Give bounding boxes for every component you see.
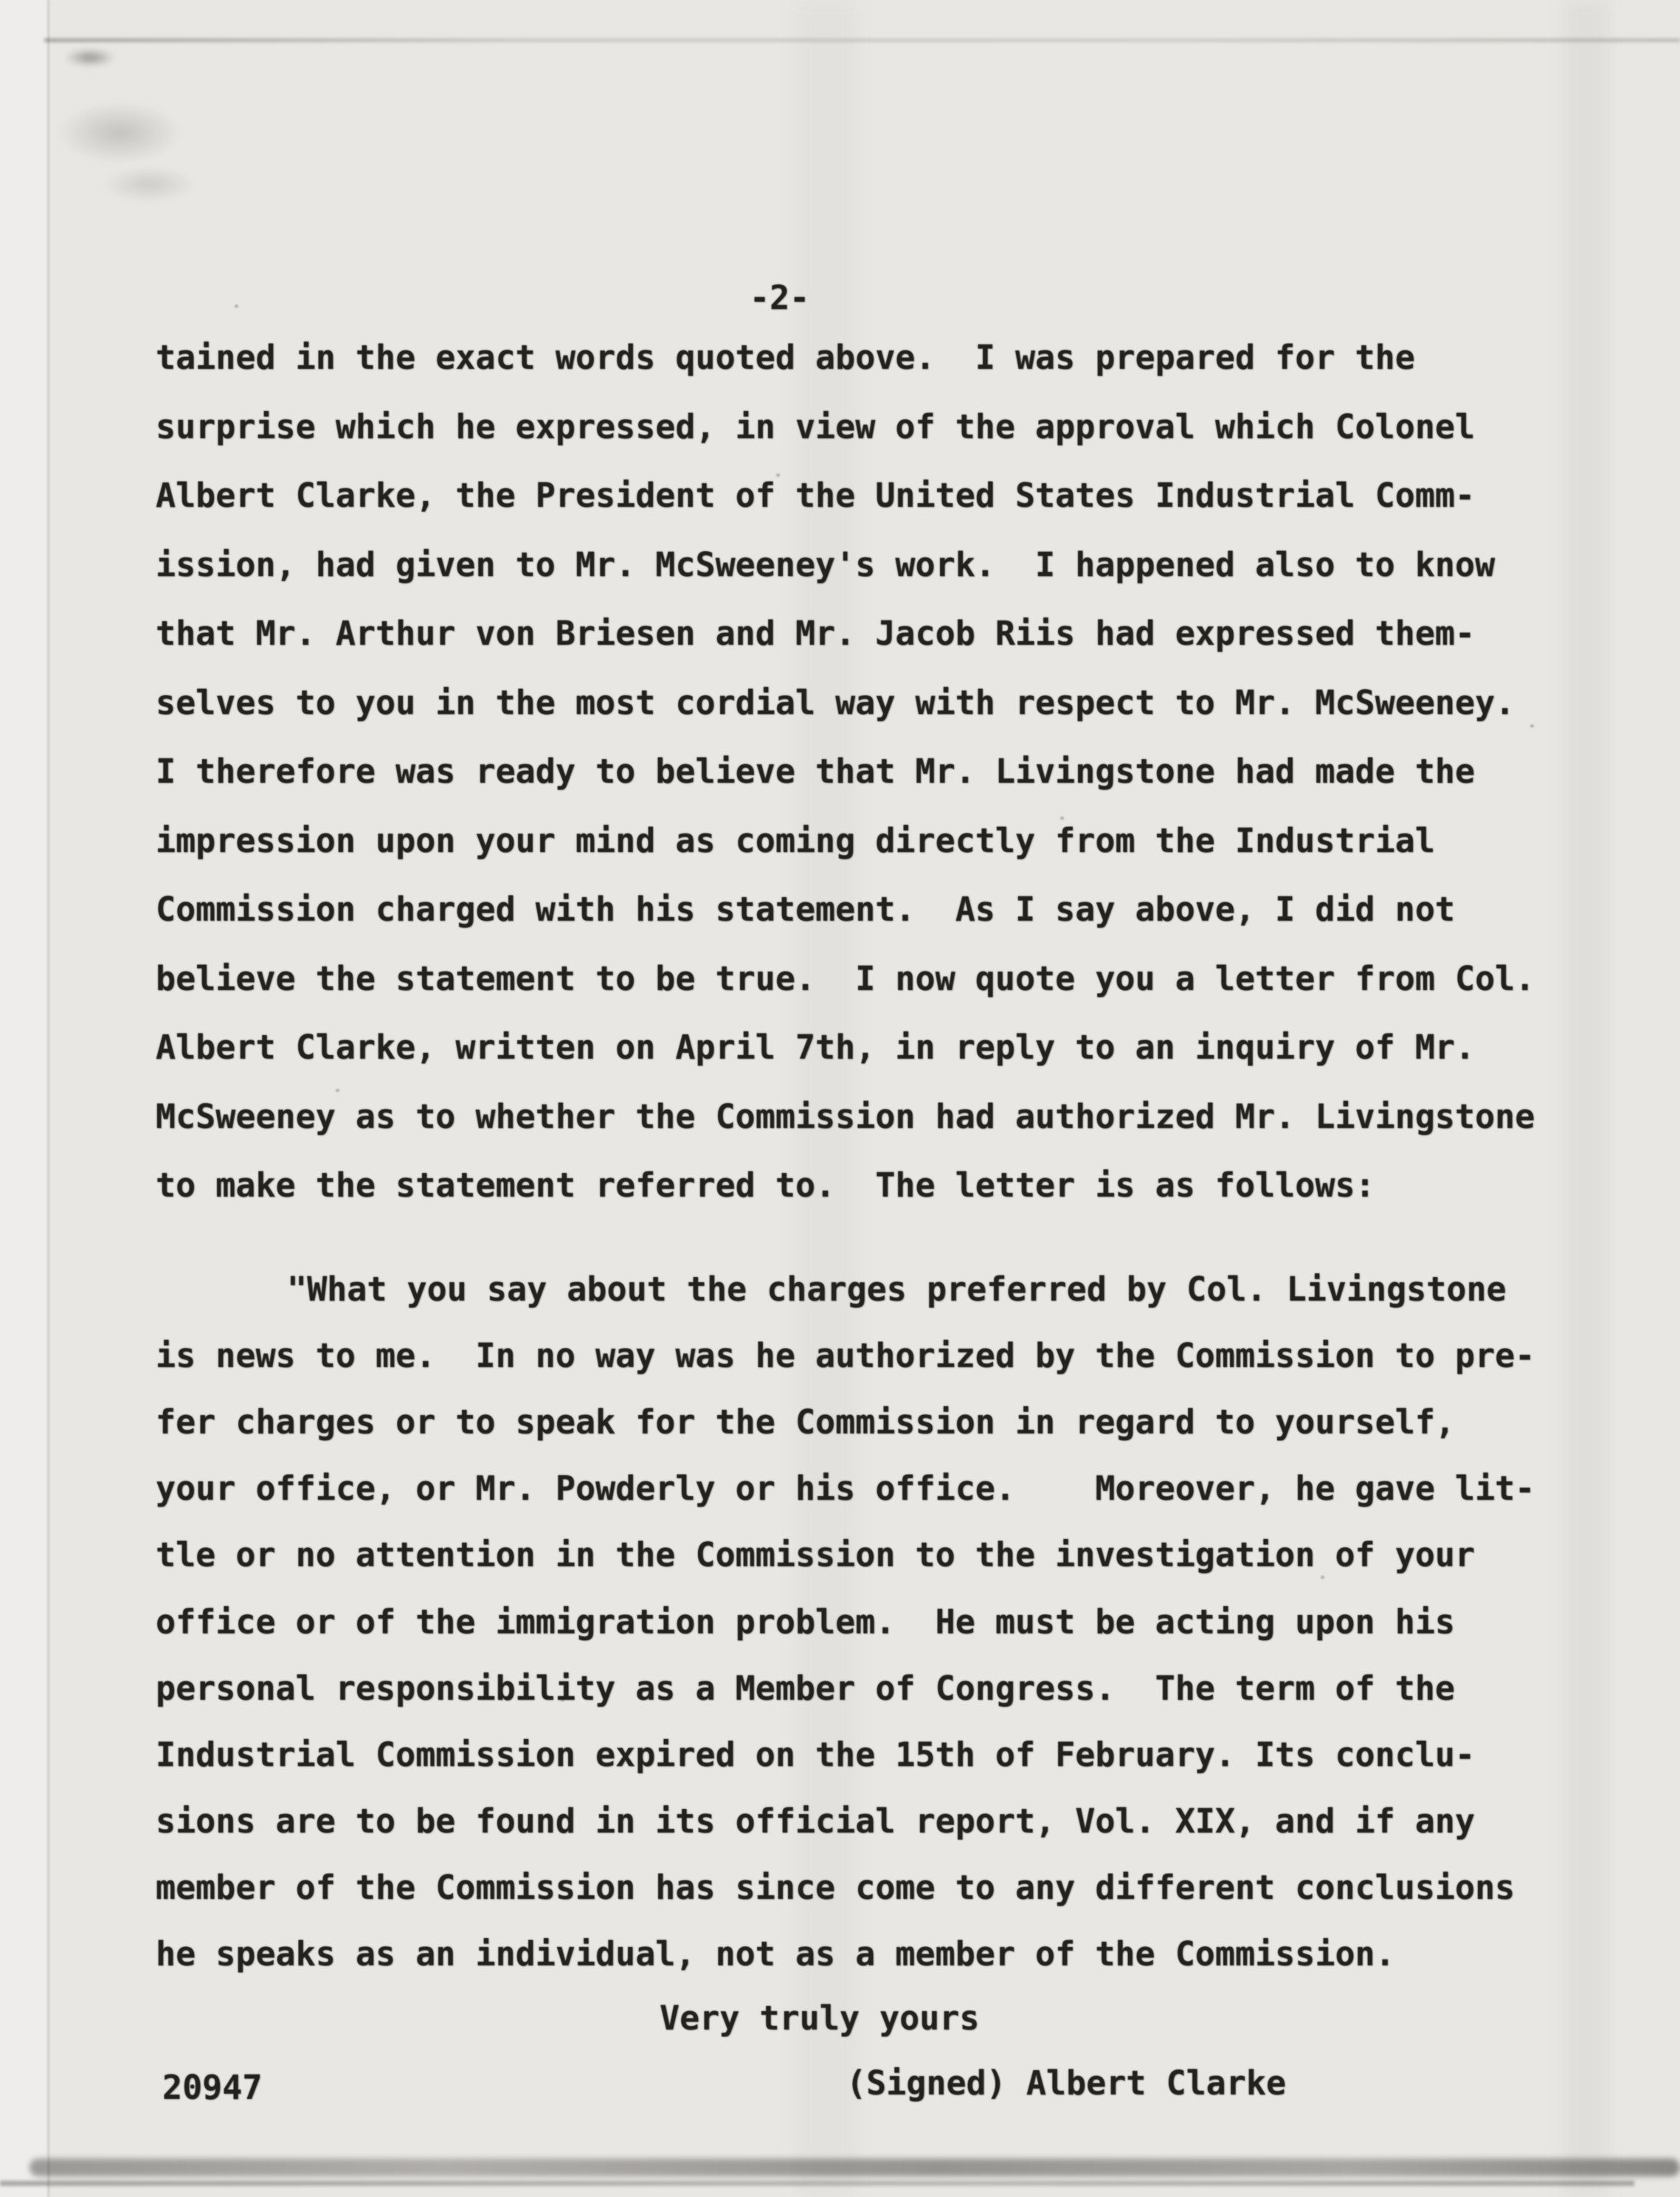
quoted-letter-line: "What you say about the charges preferre… [287,1273,1507,1306]
quoted-letter-line: personal responsibility as a Member of C… [156,1672,1455,1705]
letter-line: ission, had given to Mr. McSweeney's wor… [156,548,1495,581]
letter-line: impression upon your mind as coming dire… [156,824,1435,857]
letter-line: tained in the exact words quoted above. … [156,341,1415,374]
dust-speck [1060,817,1064,820]
quoted-letter-line: tle or no attention in the Commission to… [156,1538,1475,1571]
dust-speck [336,1089,339,1092]
scan-left-margin-strip [0,0,49,2197]
quoted-letter-line: he speaks as an individual, not as a mem… [156,1937,1395,1971]
quoted-letter-line: is news to me. In no way was he authoriz… [156,1339,1535,1372]
quoted-letter-line: member of the Commission has since come … [156,1871,1515,1904]
dust-speck [1321,1576,1324,1579]
letter-line: Albert Clarke, the President of the Unit… [156,479,1475,512]
scan-corner-smudge [38,22,230,214]
quoted-letter-line: fer charges or to speak for the Commissi… [156,1405,1455,1439]
letter-line: surprise which he expressed, in view of … [156,410,1475,443]
scanned-letter-page: -2- tained in the exact words quoted abo… [0,0,1680,2197]
scan-bottom-edge-shadow [30,2159,1680,2176]
letter-line: selves to you in the most cordial way wi… [156,686,1515,719]
page-number: -2- [750,281,809,314]
signature-line: (Signed) Albert Clarke [846,2066,1286,2100]
letter-line: McSweeney as to whether the Commission h… [156,1100,1535,1133]
scan-top-fold-line [44,38,1680,42]
letter-line: Commission charged with his statement. A… [156,893,1455,926]
letter-line: to make the statement referred to. The l… [156,1169,1375,1202]
quoted-letter-line: office or of the immigration problem. He… [156,1605,1455,1639]
dust-speck [235,305,238,308]
dust-speck [1530,724,1534,727]
doc-number: 20947 [162,2071,262,2104]
letter-line: believe the statement to be true. I now … [156,962,1535,995]
letter-line: that Mr. Arthur von Briesen and Mr. Jaco… [156,617,1475,650]
quoted-letter-line: sions are to be found in its official re… [156,1805,1475,1838]
scan-vertical-streak [1564,0,1608,2197]
closing-line: Very truly yours [660,2001,979,2035]
quoted-letter-line: your office, or Mr. Powderly or his offi… [156,1472,1535,1505]
scan-left-edge-line [47,0,49,2197]
quoted-letter-line: Industrial Commission expired on the 15t… [156,1738,1475,1771]
letter-line: I therefore was ready to believe that Mr… [156,755,1475,788]
scan-bottom-edge-line [0,2181,1634,2186]
letter-line: Albert Clarke, written on April 7th, in … [156,1031,1475,1064]
